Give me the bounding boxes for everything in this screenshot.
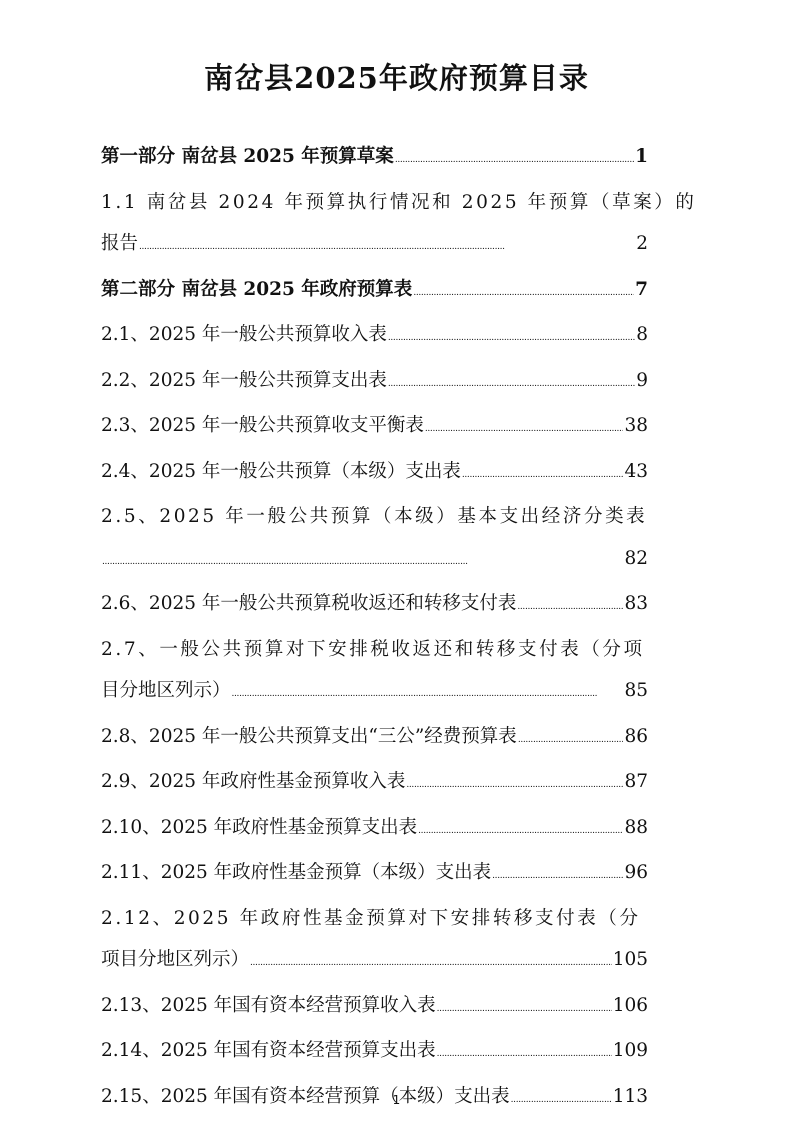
toc-entry-label-cont: 报告 bbox=[101, 223, 138, 265]
leader-dots bbox=[139, 223, 635, 269]
toc-entry-2-3[interactable]: 2.3、2025 年一般公共预算收支平衡表38 bbox=[101, 405, 648, 451]
toc-entry-page: 87 bbox=[624, 761, 648, 803]
toc-entry-page: 83 bbox=[624, 583, 648, 625]
toc-entry-label: 2.4、2025 年一般公共预算（本级）支出表 bbox=[101, 451, 461, 493]
toc-entry-page: 9 bbox=[636, 360, 648, 402]
toc-entry-label: 2.12、2025 年政府性基金预算对下安排转移支付表（分 bbox=[101, 898, 641, 940]
toc-entry-label: 2.11、2025 年政府性基金预算（本级）支出表 bbox=[101, 852, 491, 894]
toc-entry-page: 1 bbox=[635, 136, 648, 178]
toc-entry-page: 7 bbox=[635, 269, 648, 311]
toc-entry-label: 2.10、2025 年政府性基金预算支出表 bbox=[101, 807, 417, 849]
toc-entry-label: 第二部分 南岔县 2025 年政府预算表 bbox=[101, 269, 412, 311]
toc-entry-part-2[interactable]: 第二部分 南岔县 2025 年政府预算表7 bbox=[101, 269, 648, 315]
toc-entry-2-4[interactable]: 2.4、2025 年一般公共预算（本级）支出表43 bbox=[101, 451, 648, 497]
toc-entry-page: 43 bbox=[624, 451, 648, 493]
toc-entry-page: 82 bbox=[624, 538, 648, 580]
leader-dots bbox=[425, 405, 624, 451]
document-title: 南岔县2025年政府预算目录 bbox=[0, 56, 793, 97]
table-of-contents: 第一部分 南岔县 2025 年预算草案1 1.1 南岔县 2024 年预算执行情… bbox=[101, 136, 648, 1121]
toc-entry-page: 88 bbox=[624, 807, 648, 849]
toc-entry-label: 2.1、2025 年一般公共预算收入表 bbox=[101, 314, 387, 356]
toc-entry-2-11[interactable]: 2.11、2025 年政府性基金预算（本级）支出表96 bbox=[101, 852, 648, 898]
leader-dots bbox=[102, 538, 623, 584]
toc-entry-1-1[interactable]: 1.1 南岔县 2024 年预算执行情况和 2025 年预算（草案）的 报告2 bbox=[101, 182, 648, 269]
leader-dots bbox=[250, 939, 612, 985]
toc-entry-label: 2.8、2025 年一般公共预算支出“三公”经费预算表 bbox=[101, 716, 517, 758]
toc-entry-page: 96 bbox=[624, 852, 648, 894]
toc-entry-page: 105 bbox=[613, 939, 648, 981]
toc-entry-page: 8 bbox=[636, 314, 648, 356]
leader-dots bbox=[462, 451, 624, 497]
leader-dots bbox=[518, 716, 624, 762]
toc-entry-label: 2.13、2025 年国有资本经营预算收入表 bbox=[101, 985, 436, 1027]
toc-entry-label: 2.5、2025 年一般公共预算（本级）基本支出经济分类表 bbox=[101, 496, 647, 538]
toc-entry-page: 109 bbox=[613, 1030, 648, 1072]
toc-entry-label: 2.7、一般公共预算对下安排税收返还和转移支付表（分项 bbox=[101, 629, 645, 671]
leader-dots bbox=[437, 985, 612, 1031]
toc-entry-label-cont: 目分地区列示） bbox=[101, 670, 231, 712]
toc-entry-label: 2.6、2025 年一般公共预算税收返还和转移支付表 bbox=[101, 583, 516, 625]
toc-entry-2-5[interactable]: 2.5、2025 年一般公共预算（本级）基本支出经济分类表 82 bbox=[101, 496, 648, 583]
leader-dots bbox=[437, 1030, 612, 1076]
toc-entry-page: 85 bbox=[624, 670, 648, 712]
toc-entry-2-6[interactable]: 2.6、2025 年一般公共预算税收返还和转移支付表83 bbox=[101, 583, 648, 629]
leader-dots bbox=[388, 360, 635, 406]
toc-entry-label: 第一部分 南岔县 2025 年预算草案 bbox=[101, 136, 394, 178]
leader-dots bbox=[388, 314, 635, 360]
toc-entry-2-8[interactable]: 2.8、2025 年一般公共预算支出“三公”经费预算表86 bbox=[101, 716, 648, 762]
leader-dots bbox=[232, 670, 624, 716]
toc-entry-label: 1.1 南岔县 2024 年预算执行情况和 2025 年预算（草案）的 bbox=[101, 182, 697, 224]
toc-entry-label: 2.14、2025 年国有资本经营预算支出表 bbox=[101, 1030, 436, 1072]
toc-entry-label: 2.2、2025 年一般公共预算支出表 bbox=[101, 360, 387, 402]
toc-entry-2-9[interactable]: 2.9、2025 年政府性基金预算收入表87 bbox=[101, 761, 648, 807]
toc-entry-2-7[interactable]: 2.7、一般公共预算对下安排税收返还和转移支付表（分项 目分地区列示）85 bbox=[101, 629, 648, 716]
toc-entry-2-10[interactable]: 2.10、2025 年政府性基金预算支出表88 bbox=[101, 807, 648, 853]
toc-entry-page: 38 bbox=[624, 405, 648, 447]
toc-entry-label: 2.3、2025 年一般公共预算收支平衡表 bbox=[101, 405, 424, 447]
leader-dots bbox=[395, 136, 634, 182]
toc-entry-label: 2.9、2025 年政府性基金预算收入表 bbox=[101, 761, 405, 803]
toc-entry-2-13[interactable]: 2.13、2025 年国有资本经营预算收入表106 bbox=[101, 985, 648, 1031]
toc-entry-label-cont: 项目分地区列示） bbox=[101, 939, 249, 981]
toc-entry-2-12[interactable]: 2.12、2025 年政府性基金预算对下安排转移支付表（分 项目分地区列示）10… bbox=[101, 898, 648, 985]
toc-entry-page: 106 bbox=[613, 985, 648, 1027]
toc-entry-2-2[interactable]: 2.2、2025 年一般公共预算支出表9 bbox=[101, 360, 648, 406]
toc-entry-page: 2 bbox=[636, 223, 648, 265]
toc-entry-2-1[interactable]: 2.1、2025 年一般公共预算收入表8 bbox=[101, 314, 648, 360]
leader-dots bbox=[406, 761, 623, 807]
leader-dots bbox=[492, 852, 623, 898]
toc-entry-part-1[interactable]: 第一部分 南岔县 2025 年预算草案1 bbox=[101, 136, 648, 182]
leader-dots bbox=[517, 583, 623, 629]
toc-entry-page: 86 bbox=[624, 716, 648, 758]
leader-dots bbox=[413, 269, 634, 315]
leader-dots bbox=[418, 807, 623, 853]
toc-entry-2-14[interactable]: 2.14、2025 年国有资本经营预算支出表109 bbox=[101, 1030, 648, 1076]
page-number: 1 bbox=[0, 1093, 793, 1107]
